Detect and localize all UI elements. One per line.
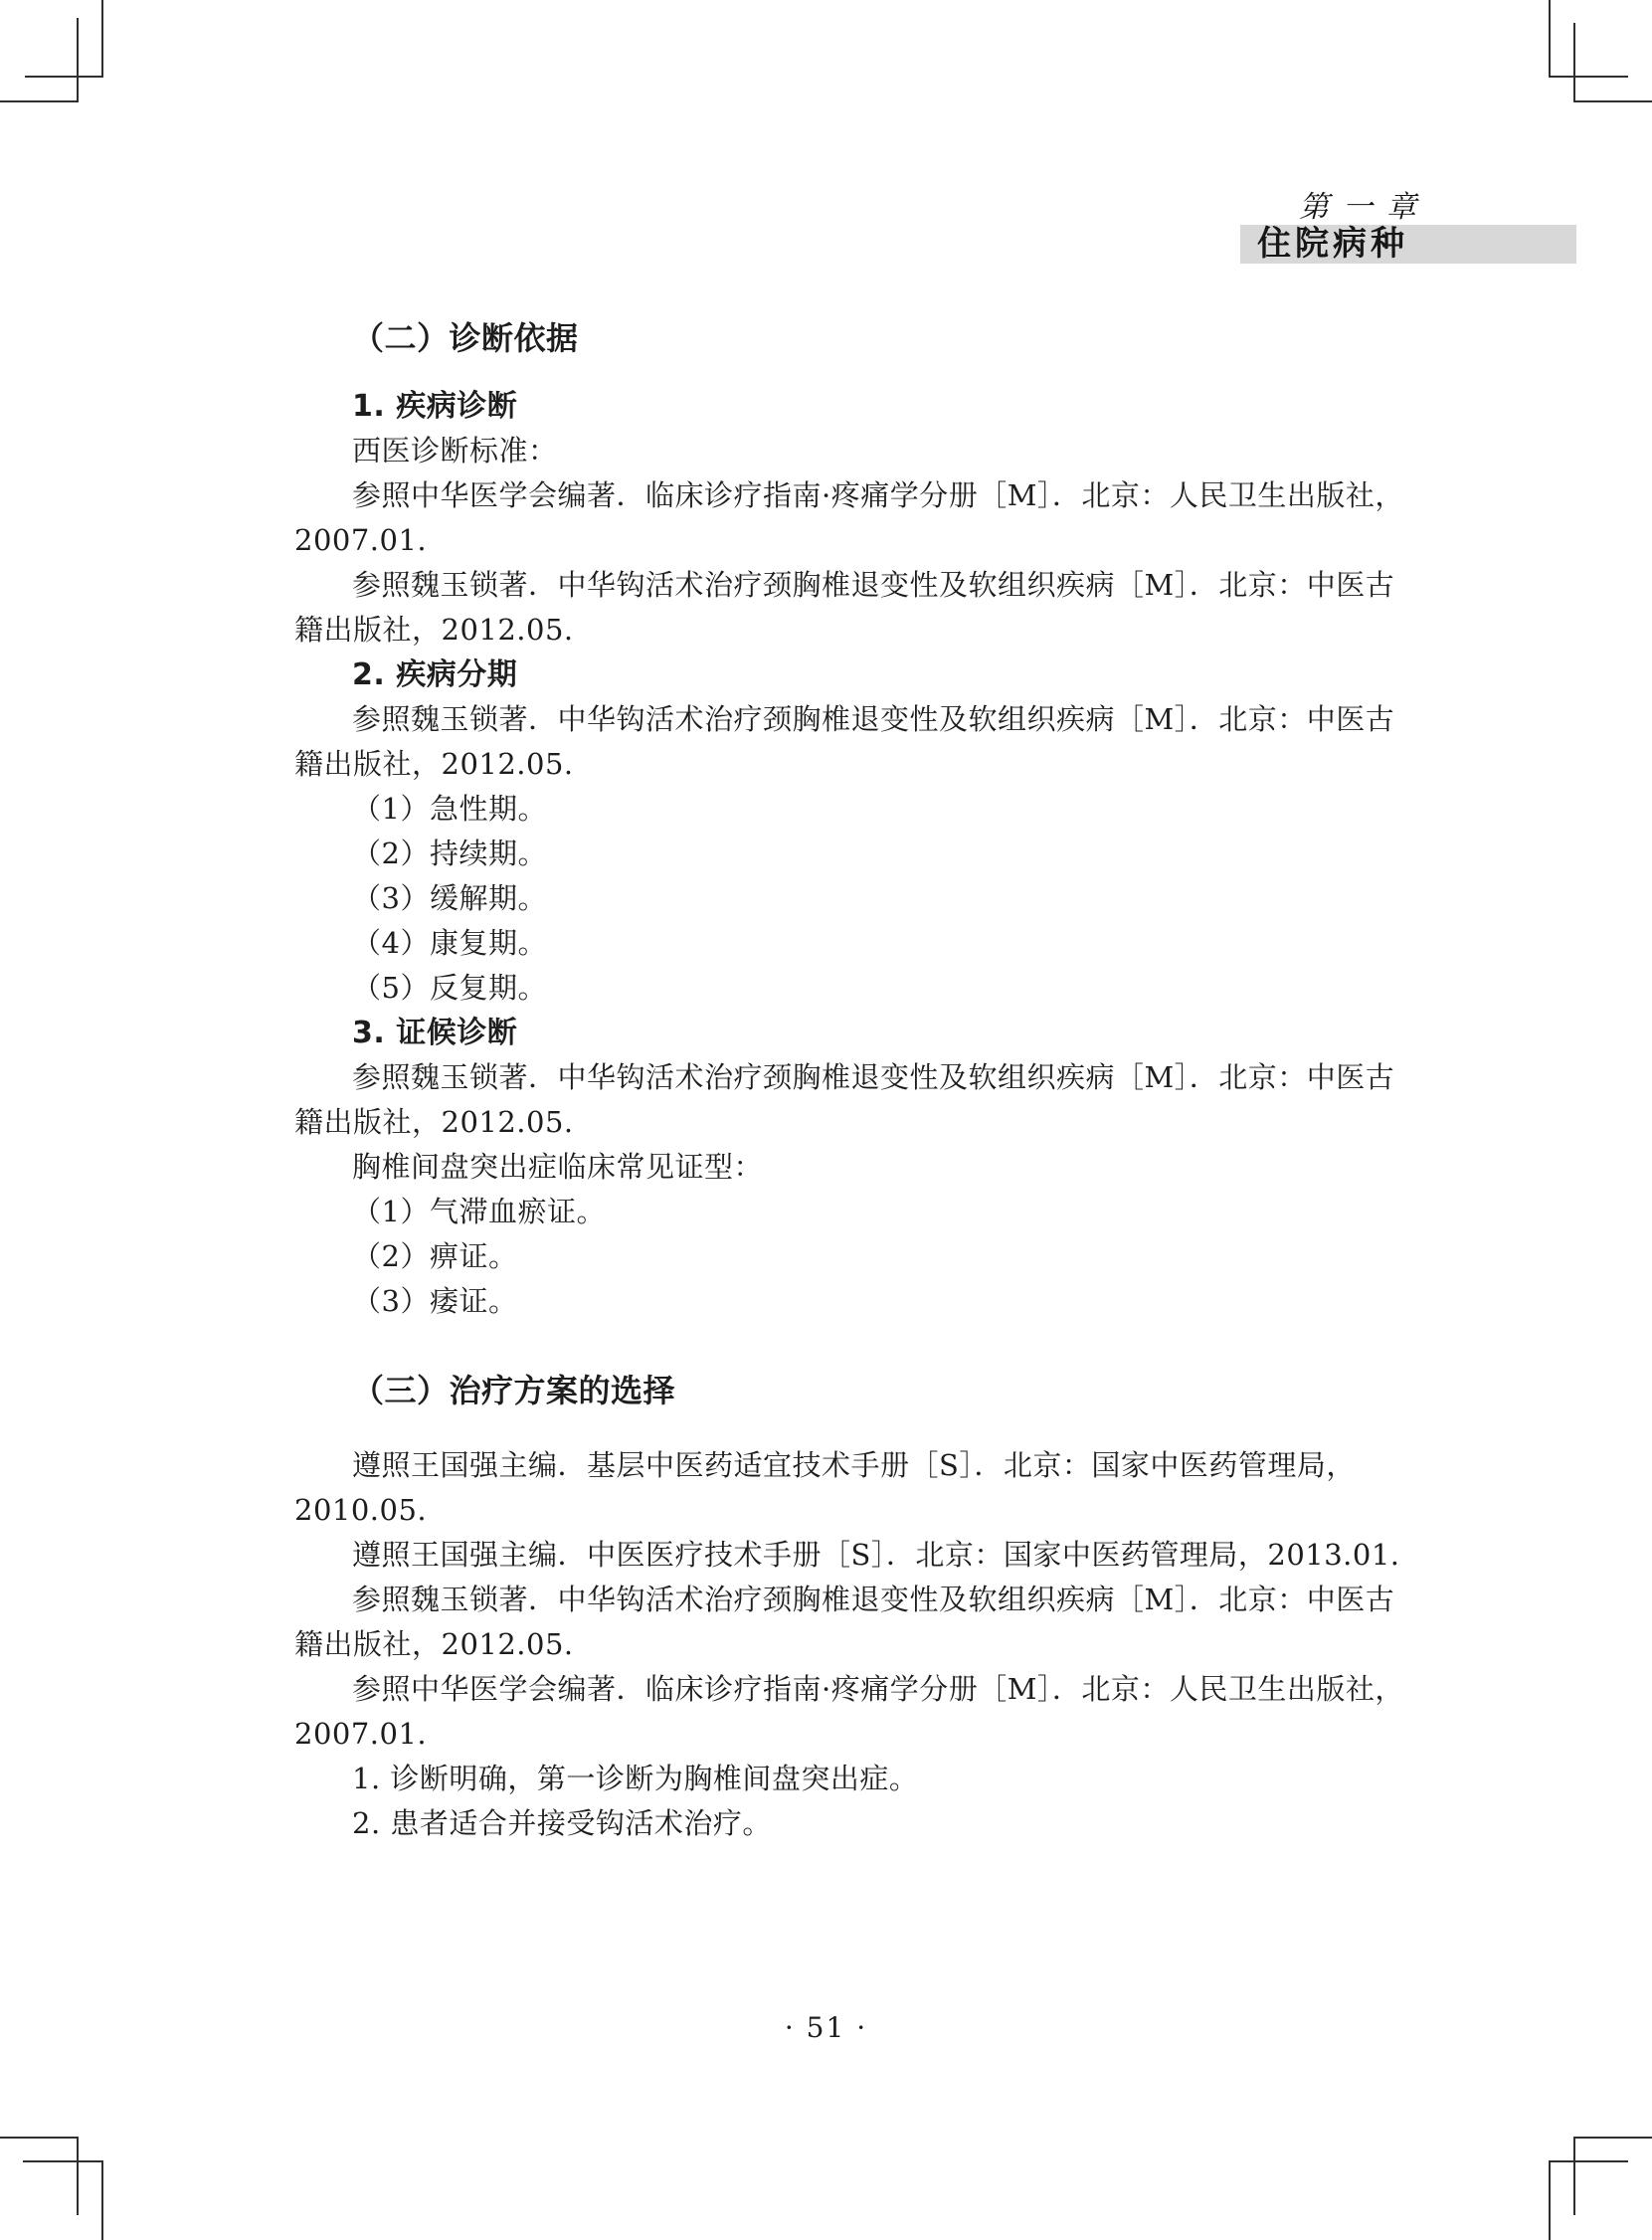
text-line: 籍出版社，2012.05.: [294, 1622, 1418, 1667]
text-line: 籍出版社，2012.05.: [294, 1100, 1418, 1145]
text-line: 参照中华医学会编著．临床诊疗指南·疼痛学分册［M］．北京：人民卫生出版社，: [294, 473, 1418, 518]
document-page: 第一章 住院病种 （二）诊断依据1. 疾病诊断西医诊断标准：参照中华医学会编著．…: [0, 0, 1652, 2240]
chapter-title: 住院病种: [1240, 225, 1576, 264]
text-line: （2）痹证。: [294, 1234, 1418, 1279]
text-line: （3）缓解期。: [294, 876, 1418, 921]
text-line: 遵照王国强主编．基层中医药适宜技术手册［S］．北京：国家中医药管理局，: [294, 1443, 1418, 1488]
text-line: 参照中华医学会编著．临床诊疗指南·疼痛学分册［M］．北京：人民卫生出版社，: [294, 1667, 1418, 1712]
text-line: 胸椎间盘突出症临床常见证型：: [294, 1145, 1418, 1190]
text-line: 籍出版社，2012.05.: [294, 608, 1418, 653]
text-line: （1）气滞血瘀证。: [294, 1190, 1418, 1234]
text-line: 2007.01.: [294, 518, 1418, 563]
text-line: （5）反复期。: [294, 966, 1418, 1011]
text-line: 2010.05.: [294, 1488, 1418, 1533]
text-line: 籍出版社，2012.05.: [294, 742, 1418, 787]
text-line: 参照魏玉锁著．中华钩活术治疗颈胸椎退变性及软组织疾病［M］．北京：中医古: [294, 563, 1418, 608]
text-line: （3）痿证。: [294, 1279, 1418, 1324]
chapter-title-bar: 住院病种: [1240, 225, 1576, 264]
text-line: 遵照王国强主编．中医医疗技术手册［S］．北京：国家中医药管理局，2013.01.: [294, 1533, 1418, 1578]
sub-heading: 3. 证候诊断: [294, 1011, 1418, 1055]
text-line: 西医诊断标准：: [294, 429, 1418, 473]
text-line: （4）康复期。: [294, 921, 1418, 966]
sub-heading: 2. 疾病分期: [294, 653, 1418, 697]
text-line: 参照魏玉锁著．中华钩活术治疗颈胸椎退变性及软组织疾病［M］．北京：中医古: [294, 1055, 1418, 1100]
page-number: · 51 ·: [0, 2011, 1652, 2044]
section-heading: （三）治疗方案的选择: [294, 1369, 1418, 1413]
section-heading: （二）诊断依据: [294, 316, 1418, 361]
text-line: 2. 患者适合并接受钩活术治疗。: [294, 1801, 1418, 1846]
text-line: 2007.01.: [294, 1712, 1418, 1757]
text-line: （1）急性期。: [294, 787, 1418, 832]
chapter-label: 第一章: [1299, 182, 1430, 226]
text-column: （二）诊断依据1. 疾病诊断西医诊断标准：参照中华医学会编著．临床诊疗指南·疼痛…: [294, 316, 1418, 1846]
sub-heading: 1. 疾病诊断: [294, 384, 1418, 429]
text-line: 1. 诊断明确，第一诊断为胸椎间盘突出症。: [294, 1757, 1418, 1801]
text-line: 参照魏玉锁著．中华钩活术治疗颈胸椎退变性及软组织疾病［M］．北京：中医古: [294, 1578, 1418, 1622]
text-line: 参照魏玉锁著．中华钩活术治疗颈胸椎退变性及软组织疾病［M］．北京：中医古: [294, 697, 1418, 742]
text-line: （2）持续期。: [294, 832, 1418, 876]
